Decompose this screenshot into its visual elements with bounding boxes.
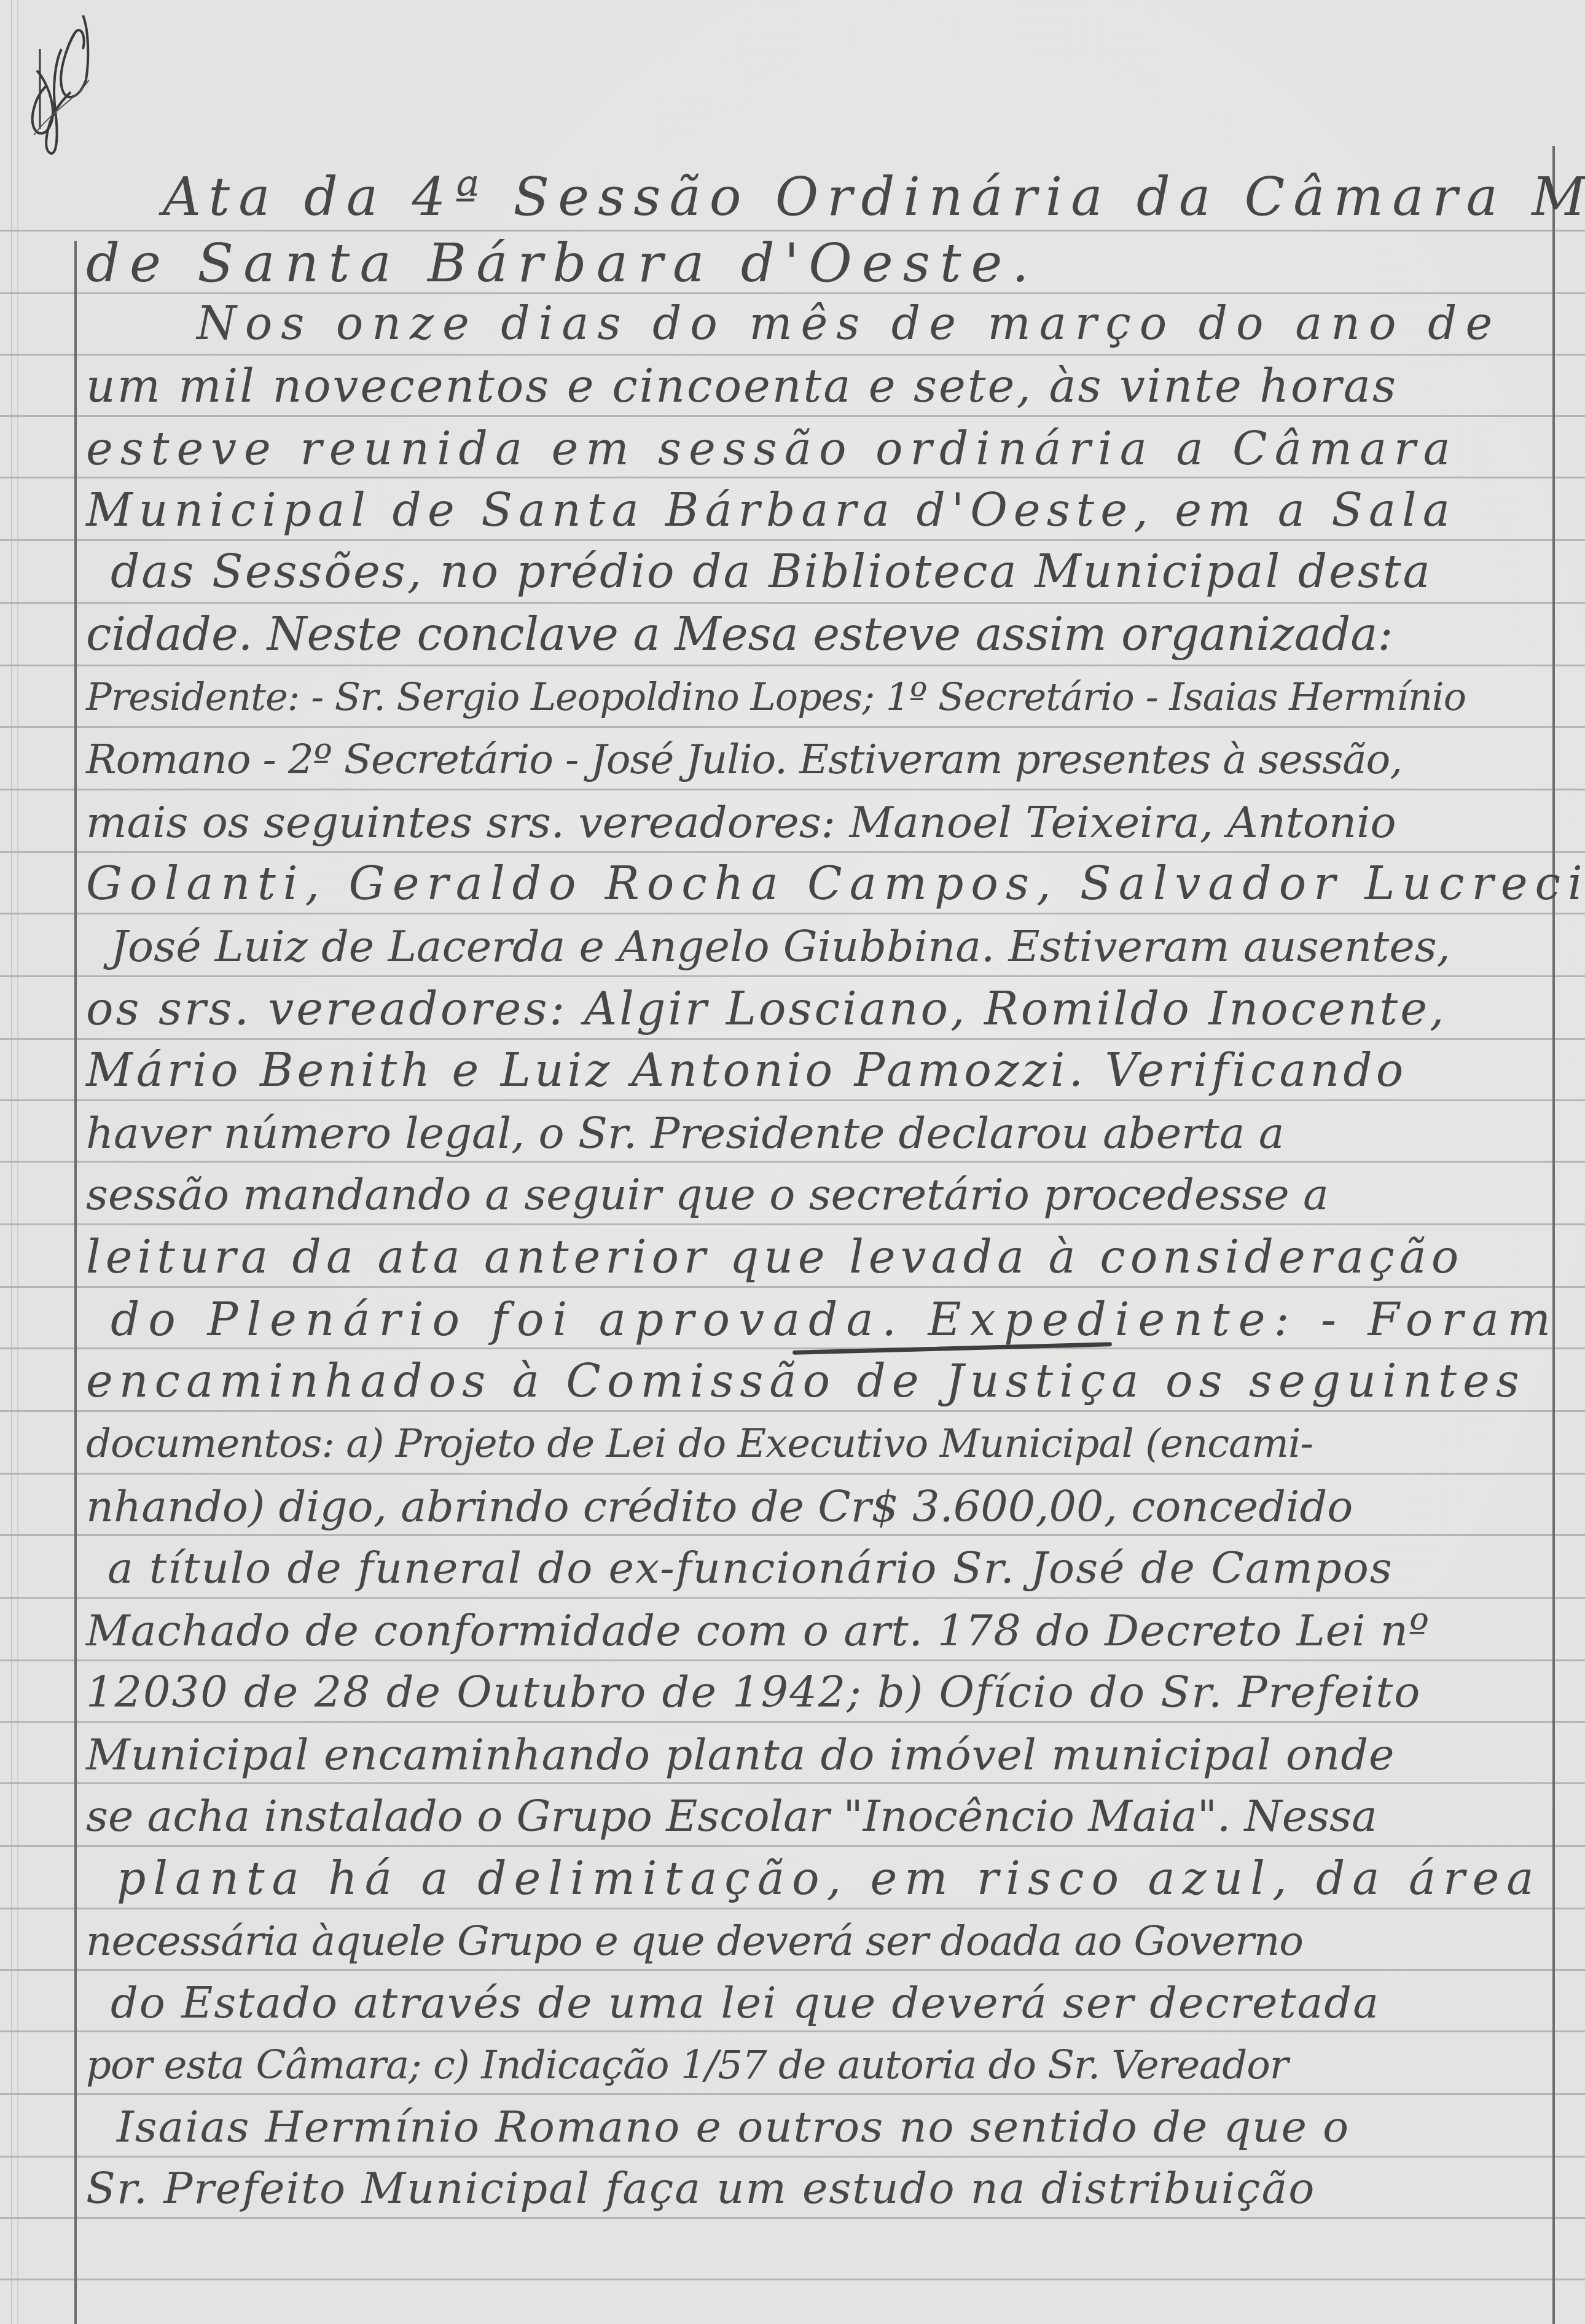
body-line: Municipal de Santa Bárbara d'Oeste, em a…: [86, 479, 1456, 542]
body-line: documentos: a) Projeto de Lei do Executi…: [86, 1413, 1313, 1475]
folio-mark: [28, 12, 95, 157]
ruled-line: [0, 230, 1585, 232]
body-line: Machado de conformidade com o art. 178 d…: [86, 1599, 1430, 1662]
notebook-page: Ata da 4ª Sessão Ordinária da Câmara Mun…: [0, 0, 1585, 2324]
body-line: sessão mandando a seguir que o secretári…: [86, 1163, 1329, 1226]
body-line: esteve reunida em sessão ordinária a Câm…: [86, 418, 1458, 480]
body-line: do Estado através de uma lei que deverá …: [111, 1971, 1380, 2034]
body-line: Presidente: - Sr. Sergio Leopoldino Lope…: [86, 666, 1466, 728]
body-line: por esta Câmara; c) Indicação 1/57 de au…: [86, 2034, 1288, 2097]
body-line: necessária àquele Grupo e que deverá ser…: [86, 1910, 1303, 1973]
body-line: haver número legal, o Sr. Presidente dec…: [86, 1102, 1284, 1164]
body-line: leitura da ata anterior que levada à con…: [86, 1226, 1463, 1289]
left-margin-line: [74, 241, 77, 2324]
body-line: das Sessões, no prédio da Biblioteca Mun…: [111, 540, 1432, 603]
body-line: mais os seguintes srs. vereadores: Manoe…: [86, 791, 1396, 854]
body-line: do Plenário foi aprovada. Expediente: - …: [111, 1289, 1559, 1351]
right-margin-line: [1552, 146, 1555, 2324]
body-line: Golanti, Geraldo Rocha Campos, Salvador …: [86, 852, 1585, 915]
body-line: Isaias Hermínio Romano e outros no senti…: [117, 2096, 1350, 2158]
body-line: Nos onze dias do mês de março do ano de: [197, 292, 1501, 355]
body-line: 12030 de 28 de Outubro de 1942; b) Ofíci…: [86, 1661, 1422, 1723]
title-line-2: de Santa Bárbara d'Oeste.: [86, 232, 1039, 295]
body-line: Romano - 2º Secretário - José Julio. Est…: [86, 728, 1402, 791]
body-line: planta há a delimitação, em risco azul, …: [117, 1847, 1541, 1910]
ruled-line: [0, 2279, 1585, 2280]
body-line: Municipal encaminhando planta do imóvel …: [86, 1723, 1395, 1786]
body-line: se acha instalado o Grupo Escolar "Inocê…: [86, 1785, 1377, 1847]
body-line: a título de funeral do ex-funcionário Sr…: [108, 1537, 1393, 1599]
body-line: cidade. Neste conclave a Mesa esteve ass…: [86, 603, 1393, 666]
body-line: Mário Benith e Luiz Antonio Pamozzi. Ver…: [86, 1039, 1407, 1102]
body-line: encaminhados à Comissão de Justiça os se…: [86, 1350, 1525, 1413]
body-line: José Luiz de Lacerda e Angelo Giubbina. …: [111, 915, 1450, 978]
body-line: nhando) digo, abrindo crédito de Cr$ 3.6…: [86, 1475, 1353, 1538]
body-line: Sr. Prefeito Municipal faça um estudo na…: [86, 2157, 1315, 2220]
folio-scribble-icon: [28, 12, 95, 157]
body-line: os srs. vereadores: Algir Losciano, Romi…: [86, 978, 1447, 1040]
title-line-1: Ata da 4ª Sessão Ordinária da Câmara Mun…: [163, 166, 1585, 228]
body-line: um mil novecentos e cincoenta e sete, às…: [86, 355, 1398, 418]
